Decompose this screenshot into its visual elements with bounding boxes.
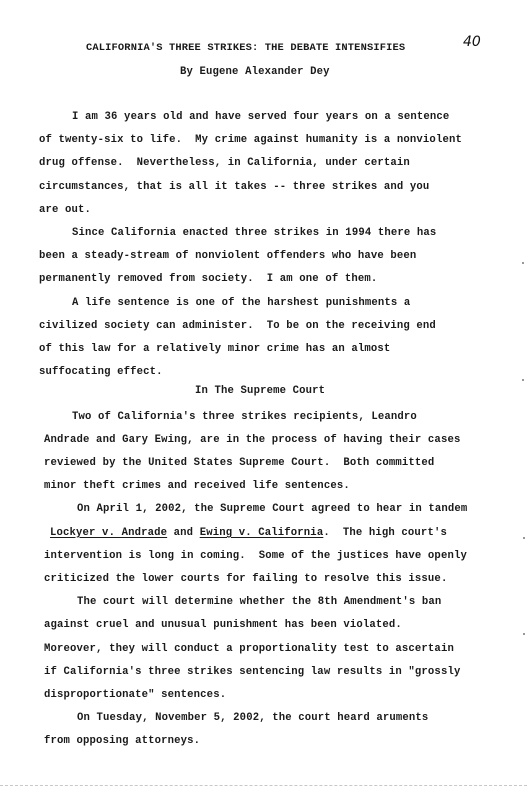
body-line: I am 36 years old and have served four y… (72, 111, 449, 123)
scan-speck (522, 379, 524, 381)
body-line: Two of California's three strikes recipi… (72, 411, 417, 423)
document-page: CALIFORNIA'S THREE STRIKES: THE DEBATE I… (0, 0, 527, 812)
body-line: from opposing attorneys. (44, 735, 200, 747)
body-line: criticized the lower courts for failing … (44, 573, 447, 585)
case-name-lockyer-v-andrade: Lockyer v. Andrade (50, 527, 167, 539)
byline: By Eugene Alexander Dey (180, 66, 330, 78)
body-line: Since California enacted three strikes i… (72, 227, 436, 239)
page-bottom-edge (0, 785, 527, 786)
handwritten-page-number: 40 (463, 34, 481, 50)
body-line: intervention is long in coming. Some of … (44, 550, 467, 562)
body-line: Moreover, they will conduct a proportion… (44, 643, 454, 655)
body-line: are out. (39, 204, 91, 216)
case-name-ewing-v-california: Ewing v. California (200, 527, 324, 539)
body-line: On April 1, 2002, the Supreme Court agre… (77, 503, 467, 515)
body-line: of this law for a relatively minor crime… (39, 343, 390, 355)
case-citation-line: Lockyer v. Andrade and Ewing v. Californ… (50, 527, 447, 539)
body-line: civilized society can administer. To be … (39, 320, 436, 332)
body-line: The court will determine whether the 8th… (77, 596, 441, 608)
body-line: minor theft crimes and received life sen… (44, 480, 350, 492)
scan-speck (523, 537, 525, 539)
body-line: drug offense. Nevertheless, in Californi… (39, 157, 410, 169)
body-line: reviewed by the United States Supreme Co… (44, 457, 434, 469)
body-line: been a steady-stream of nonviolent offen… (39, 250, 416, 262)
body-line: circumstances, that is all it takes -- t… (39, 181, 429, 193)
body-line: A life sentence is one of the harshest p… (72, 297, 410, 309)
section-heading: In The Supreme Court (195, 385, 325, 397)
body-line: of twenty-six to life. My crime against … (39, 134, 462, 146)
body-line: On Tuesday, November 5, 2002, the court … (77, 712, 428, 724)
body-line: suffocating effect. (39, 366, 163, 378)
scan-speck (522, 262, 524, 264)
body-line: Andrade and Gary Ewing, are in the proce… (44, 434, 460, 446)
body-line: against cruel and unusual punishment has… (44, 619, 402, 631)
body-line: permanently removed from society. I am o… (39, 273, 377, 285)
body-line: if California's three strikes sentencing… (44, 666, 460, 678)
scan-speck (523, 633, 525, 635)
body-line: disproportionate" sentences. (44, 689, 226, 701)
document-title: CALIFORNIA'S THREE STRIKES: THE DEBATE I… (86, 42, 405, 54)
